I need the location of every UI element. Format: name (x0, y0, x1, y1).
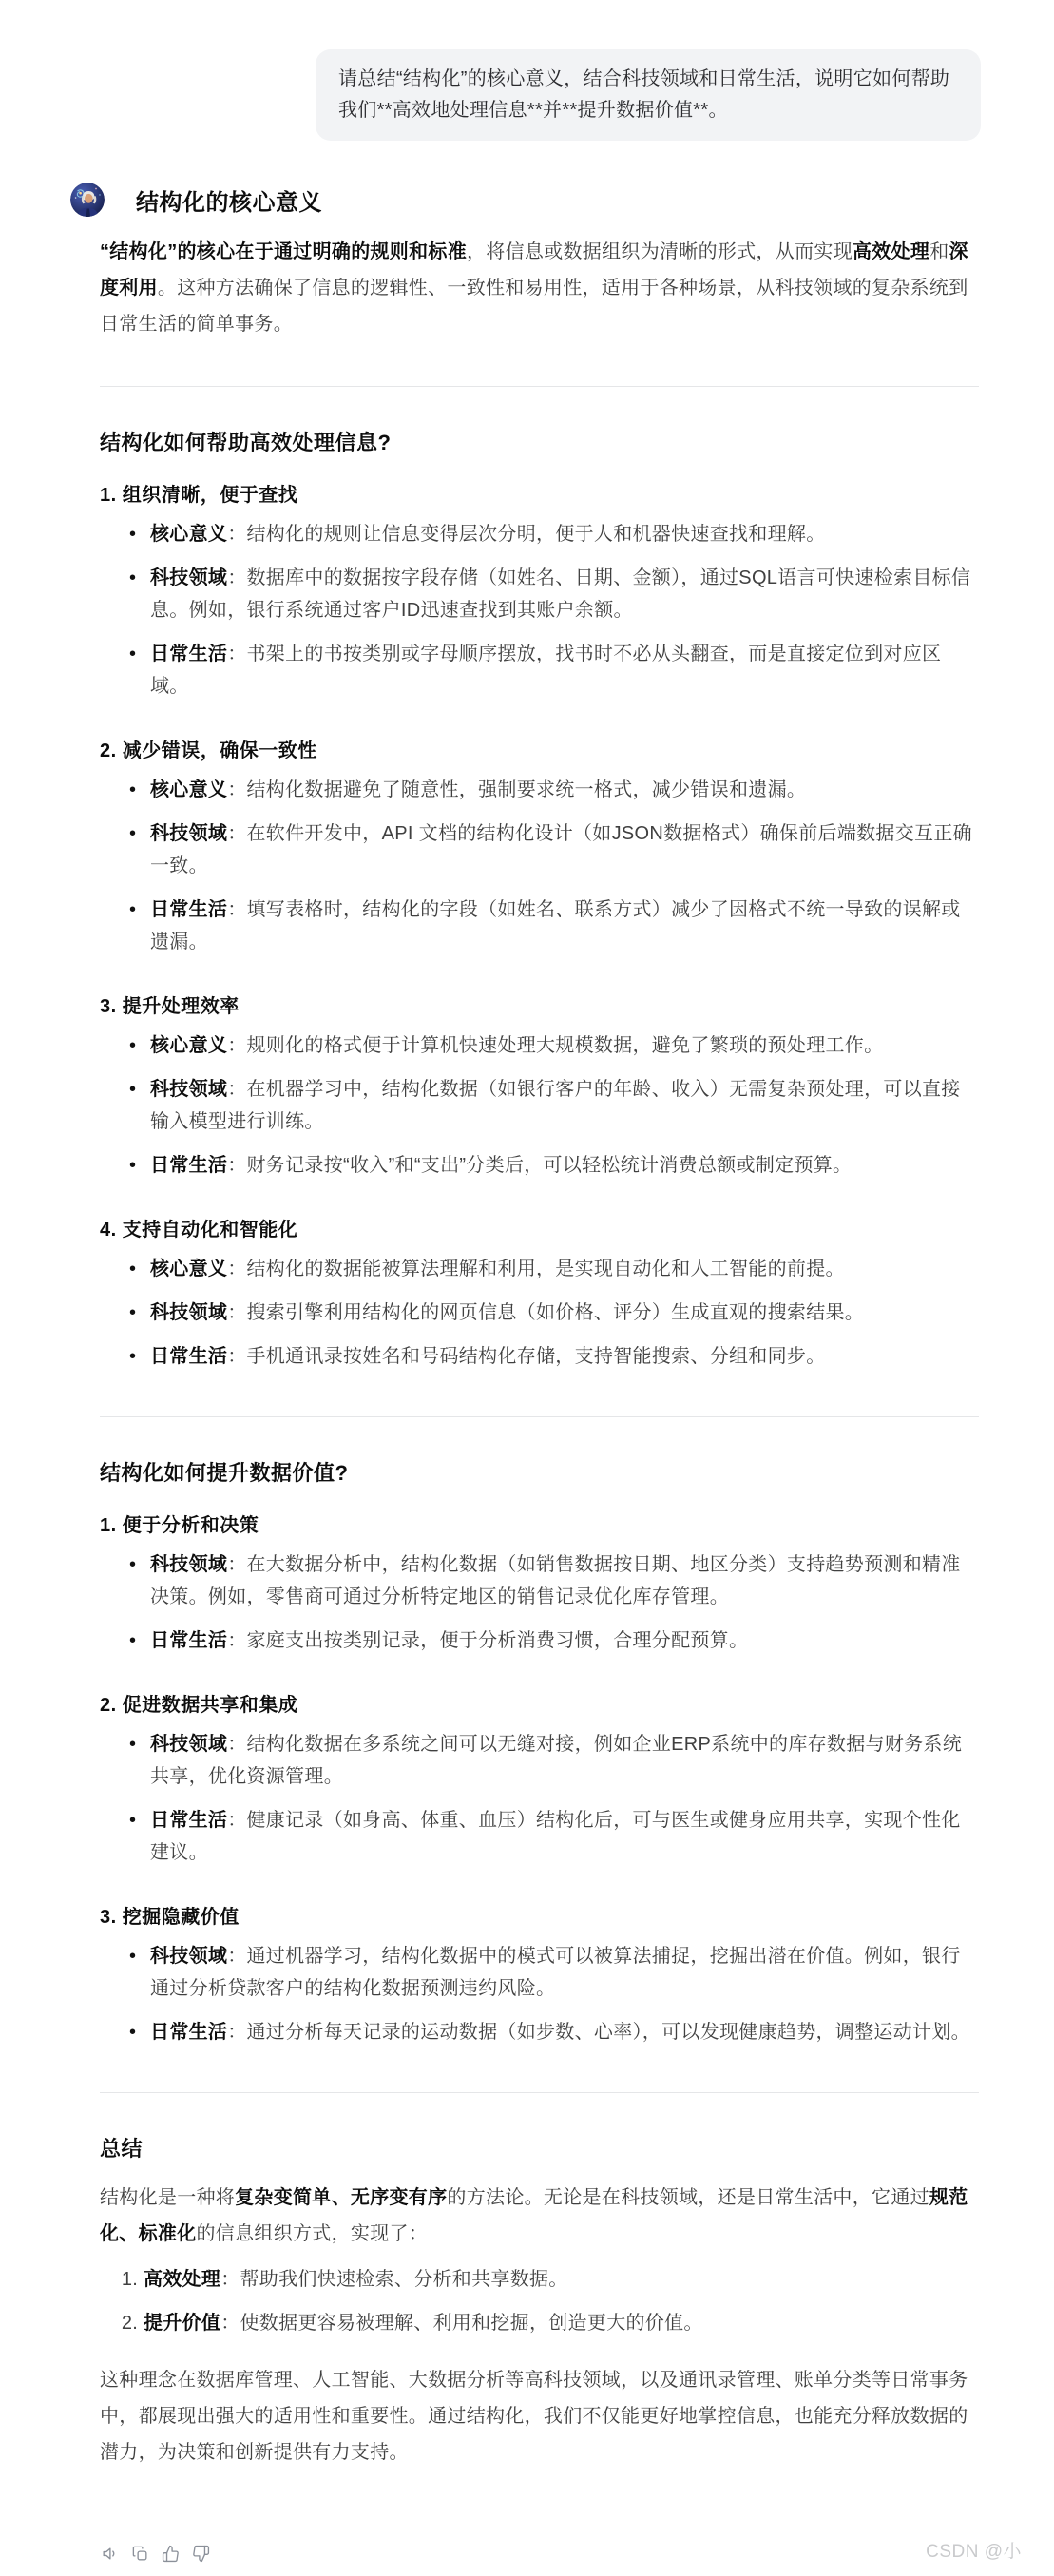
subsection-title: 4. 支持自动化和智能化 (100, 1214, 979, 1241)
bullet-text: ：搜索引擎利用结构化的网页信息（如价格、评分）生成直观的搜索结果。 (227, 1302, 864, 1323)
bullet-label: 日常生活 (150, 1155, 227, 1176)
divider (100, 386, 979, 387)
copy-icon[interactable] (128, 2542, 151, 2565)
bullet-label: 日常生活 (150, 644, 227, 664)
bullet-text: ：结构化数据在多系统之间可以无缝对接，例如企业ERP系统中的库存数据与财务系统共… (150, 1734, 962, 1787)
section-heading-value: 结构化如何提升数据价值? (100, 1457, 979, 1487)
bullet-label: 科技领域 (150, 1302, 227, 1323)
bullet-label: 核心意义 (150, 1259, 227, 1279)
bullet-list: 核心意义：规则化的格式便于计算机快速处理大规模数据，避免了繁琐的预处理工作。 科… (100, 1029, 979, 1182)
message-actions (98, 2542, 212, 2565)
bullet-text: ：家庭支出按类别记录，便于分析消费习惯，合理分配预算。 (227, 1630, 748, 1651)
subsection-title: 2. 促进数据共享和集成 (100, 1689, 979, 1717)
thumbs-down-icon[interactable] (189, 2542, 212, 2565)
bullet-item: 核心意义：结构化的规则让信息变得层次分明，便于人和机器快速查找和理解。 (150, 518, 979, 550)
bullet-text: ：健康记录（如身高、体重、血压）结构化后，可与医生或健身应用共享，实现个性化建议… (150, 1810, 961, 1863)
chat-page: 请总结“结构化”的核心意义，结合科技领域和日常生活，说明它如何帮助我们**高效地… (0, 0, 1054, 2576)
bullet-text: ：在机器学习中，结构化数据（如银行客户的年龄、收入）无需复杂预处理，可以直接输入… (150, 1079, 961, 1132)
closing-paragraph: 这种理念在数据库管理、人工智能、大数据分析等高科技领域，以及通讯录管理、账单分类… (100, 2362, 979, 2470)
thumbs-up-icon[interactable] (159, 2542, 182, 2565)
bullet-text: ：结构化数据避免了随意性，强制要求统一格式，减少错误和遗漏。 (227, 779, 806, 800)
bullet-text: ：财务记录按“收入”和“支出”分类后，可以轻松统计消费总额或制定预算。 (227, 1155, 852, 1176)
bullet-text: ：在软件开发中，API 文档的结构化设计（如JSON数据格式）确保前后端数据交互… (150, 823, 972, 876)
subsection-title: 3. 挖掘隐藏价值 (100, 1901, 979, 1929)
bullet-label: 核心意义 (150, 1035, 227, 1056)
bullet-text: ：在大数据分析中，结构化数据（如销售数据按日期、地区分类）支持趋势预测和精准决策… (150, 1554, 961, 1607)
assistant-title-row: 结构化的核心意义 (70, 183, 979, 217)
subsection-title: 1. 便于分析和决策 (100, 1509, 979, 1537)
bullet-item: 日常生活：书架上的书按类别或字母顺序摆放，找书时不必从头翻查，而是直接定位到对应… (150, 638, 979, 702)
bullet-item: 科技领域：结构化数据在多系统之间可以无缝对接，例如企业ERP系统中的库存数据与财… (150, 1728, 979, 1793)
bullet-label: 日常生活 (150, 1346, 227, 1367)
bullet-item: 日常生活：健康记录（如身高、体重、血压）结构化后，可与医生或健身应用共享，实现个… (150, 1804, 979, 1869)
bullet-label: 日常生活 (150, 2022, 227, 2043)
bullet-label: 科技领域 (150, 1554, 227, 1575)
bullet-item: 科技领域：搜索引擎利用结构化的网页信息（如价格、评分）生成直观的搜索结果。 (150, 1297, 979, 1329)
assistant-avatar-icon (70, 183, 105, 217)
divider (100, 1416, 979, 1417)
point-text: ：使数据更容易被理解、利用和挖掘，创造更大的价值。 (220, 2313, 703, 2334)
bullet-label: 日常生活 (150, 899, 227, 920)
bullet-item: 科技领域：在机器学习中，结构化数据（如银行客户的年龄、收入）无需复杂预处理，可以… (150, 1073, 979, 1138)
bullet-text: ：书架上的书按类别或字母顺序摆放，找书时不必从头翻查，而是直接定位到对应区域。 (150, 644, 941, 697)
bullet-item: 科技领域：在软件开发中，API 文档的结构化设计（如JSON数据格式）确保前后端… (150, 817, 979, 882)
subsection-title: 1. 组织清晰，便于查找 (100, 479, 979, 507)
bullet-item: 日常生活：手机通讯录按姓名和号码结构化存储，支持智能搜索、分组和同步。 (150, 1340, 979, 1373)
bullet-text: ：填写表格时，结构化的字段（如姓名、联系方式）减少了因格式不统一导致的误解或遗漏… (150, 899, 961, 952)
summary-lead-paragraph: 结构化是一种将复杂变简单、无序变有序的方法论。无论是在科技领域，还是日常生活中，… (100, 2180, 979, 2252)
bullet-label: 科技领域 (150, 1079, 227, 1100)
point-label: 提升价值 (144, 2313, 220, 2334)
bullet-item: 科技领域：在大数据分析中，结构化数据（如销售数据按日期、地区分类）支持趋势预测和… (150, 1548, 979, 1613)
bullet-label: 日常生活 (150, 1630, 227, 1651)
bullet-item: 科技领域：通过机器学习，结构化数据中的模式可以被算法捕捉，挖掘出潜在价值。例如，… (150, 1940, 979, 2005)
bullet-text: ：数据库中的数据按字段存储（如姓名、日期、金额），通过SQL语言可快速检索目标信… (150, 567, 970, 621)
subsection-title: 2. 减少错误，确保一致性 (100, 735, 979, 762)
section-heading-summary: 总结 (100, 2133, 979, 2163)
bullet-item: 核心意义：结构化数据避免了随意性，强制要求统一格式，减少错误和遗漏。 (150, 774, 979, 806)
subsection-title: 3. 提升处理效率 (100, 990, 979, 1018)
speaker-icon[interactable] (98, 2542, 121, 2565)
bullet-item: 日常生活：财务记录按“收入”和“支出”分类后，可以轻松统计消费总额或制定预算。 (150, 1149, 979, 1182)
user-message-row: 请总结“结构化”的核心意义，结合科技领域和日常生活，说明它如何帮助我们**高效地… (0, 0, 1054, 141)
summary-points: 高效处理：帮助我们快速检索、分析和共享数据。 提升价值：使数据更容易被理解、利用… (100, 2263, 979, 2339)
bullet-list: 科技领域：在大数据分析中，结构化数据（如销售数据按日期、地区分类）支持趋势预测和… (100, 1548, 979, 1657)
summary-point: 提升价值：使数据更容易被理解、利用和挖掘，创造更大的价值。 (144, 2307, 979, 2339)
bullet-text: ：结构化的规则让信息变得层次分明，便于人和机器快速查找和理解。 (227, 524, 825, 545)
watermark: CSDN @小 (926, 2537, 1022, 2563)
bullet-label: 日常生活 (150, 1810, 227, 1831)
bullet-label: 科技领域 (150, 1734, 227, 1755)
bullet-item: 日常生活：通过分析每天记录的运动数据（如步数、心率），可以发现健康趋势，调整运动… (150, 2016, 979, 2048)
bullet-item: 核心意义：规则化的格式便于计算机快速处理大规模数据，避免了繁琐的预处理工作。 (150, 1029, 979, 1062)
answer-title: 结构化的核心意义 (136, 183, 322, 217)
bullet-text: ：手机通讯录按姓名和号码结构化存储，支持智能搜索、分组和同步。 (227, 1346, 825, 1367)
user-message-bubble: 请总结“结构化”的核心意义，结合科技领域和日常生活，说明它如何帮助我们**高效地… (316, 49, 981, 141)
bullet-text: ：结构化的数据能被算法理解和利用，是实现自动化和人工智能的前提。 (227, 1259, 845, 1279)
bullet-item: 日常生活：填写表格时，结构化的字段（如姓名、联系方式）减少了因格式不统一导致的误… (150, 894, 979, 958)
bullet-list: 核心意义：结构化的规则让信息变得层次分明，便于人和机器快速查找和理解。 科技领域… (100, 518, 979, 702)
bullet-label: 核心意义 (150, 524, 227, 545)
bullet-label: 科技领域 (150, 567, 227, 588)
section-heading-process: 结构化如何帮助高效处理信息? (100, 427, 979, 456)
bullet-text: ：通过分析每天记录的运动数据（如步数、心率），可以发现健康趋势，调整运动计划。 (227, 2022, 970, 2043)
assistant-message: 结构化的核心意义 “结构化”的核心在于通过明确的规则和标准，将信息或数据组织为清… (100, 183, 979, 2470)
divider (100, 2092, 979, 2093)
bullet-item: 科技领域：数据库中的数据按字段存储（如姓名、日期、金额），通过SQL语言可快速检… (150, 562, 979, 626)
bullet-list: 核心意义：结构化数据避免了随意性，强制要求统一格式，减少错误和遗漏。 科技领域：… (100, 774, 979, 958)
intro-paragraph: “结构化”的核心在于通过明确的规则和标准，将信息或数据组织为清晰的形式，从而实现… (100, 234, 979, 342)
point-label: 高效处理 (144, 2269, 220, 2290)
bullet-item: 日常生活：家庭支出按类别记录，便于分析消费习惯，合理分配预算。 (150, 1624, 979, 1657)
bullet-label: 科技领域 (150, 1946, 227, 1967)
point-text: ：帮助我们快速检索、分析和共享数据。 (220, 2269, 567, 2290)
bullet-text: ：规则化的格式便于计算机快速处理大规模数据，避免了繁琐的预处理工作。 (227, 1035, 883, 1056)
bullet-list: 科技领域：结构化数据在多系统之间可以无缝对接，例如企业ERP系统中的库存数据与财… (100, 1728, 979, 1869)
bullet-item: 核心意义：结构化的数据能被算法理解和利用，是实现自动化和人工智能的前提。 (150, 1253, 979, 1285)
bullet-label: 科技领域 (150, 823, 227, 844)
bullet-list: 核心意义：结构化的数据能被算法理解和利用，是实现自动化和人工智能的前提。 科技领… (100, 1253, 979, 1373)
summary-point: 高效处理：帮助我们快速检索、分析和共享数据。 (144, 2263, 979, 2296)
bullet-list: 科技领域：通过机器学习，结构化数据中的模式可以被算法捕捉，挖掘出潜在价值。例如，… (100, 1940, 979, 2048)
bullet-text: ：通过机器学习，结构化数据中的模式可以被算法捕捉，挖掘出潜在价值。例如，银行通过… (150, 1946, 961, 1999)
bullet-label: 核心意义 (150, 779, 227, 800)
